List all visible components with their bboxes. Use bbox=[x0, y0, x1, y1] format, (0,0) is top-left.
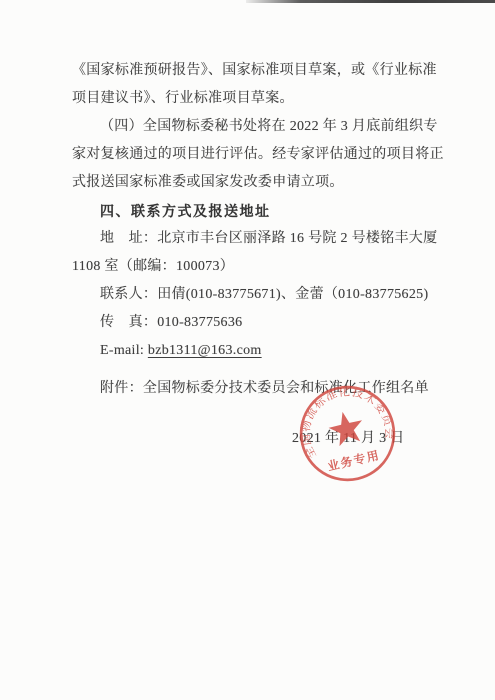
star-icon bbox=[326, 408, 367, 447]
body-line-4: 家对复核通过的项目进行评估。经专家评估通过的项目将正 bbox=[72, 141, 434, 169]
section-heading: 四、联系方式及报送地址 bbox=[72, 197, 434, 225]
body-line-1: 《国家标准预研报告》、国家标准项目草案，或《行业标准 bbox=[72, 57, 434, 85]
address-line-1: 地 址：北京市丰台区丽泽路 16 号院 2 号楼铭丰大厦 bbox=[72, 225, 434, 253]
email-label: E-mail: bbox=[100, 343, 148, 358]
stamp-bottom-text: 业务专用 bbox=[326, 448, 381, 474]
scanned-letter-page: 《国家标准预研报告》、国家标准项目草案，或《行业标准 项目建议书》、行业标准项目… bbox=[0, 0, 495, 700]
body-line-3: （四）全国物标委秘书处将在 2022 年 3 月底前组织专 bbox=[72, 113, 434, 141]
email-line: E-mail: bzb1311@163.com bbox=[72, 337, 434, 365]
fax-line: 传 真：010-83775636 bbox=[72, 309, 434, 337]
address-line-2: 1108 室（邮编：100073） bbox=[72, 253, 434, 281]
body-line-2: 项目建议书》、行业标准项目草案。 bbox=[72, 85, 434, 113]
official-seal-stamp: 全国物流标准化技术委员会 业务专用 bbox=[296, 382, 399, 485]
email-address: bzb1311@163.com bbox=[148, 343, 262, 358]
scanner-edge-artifact bbox=[246, 0, 495, 3]
body-line-5: 式报送国家标准委或国家发改委申请立项。 bbox=[72, 169, 434, 197]
contacts-line: 联系人：田倩(010-83775671)、金蕾（010-83775625) bbox=[72, 281, 434, 309]
